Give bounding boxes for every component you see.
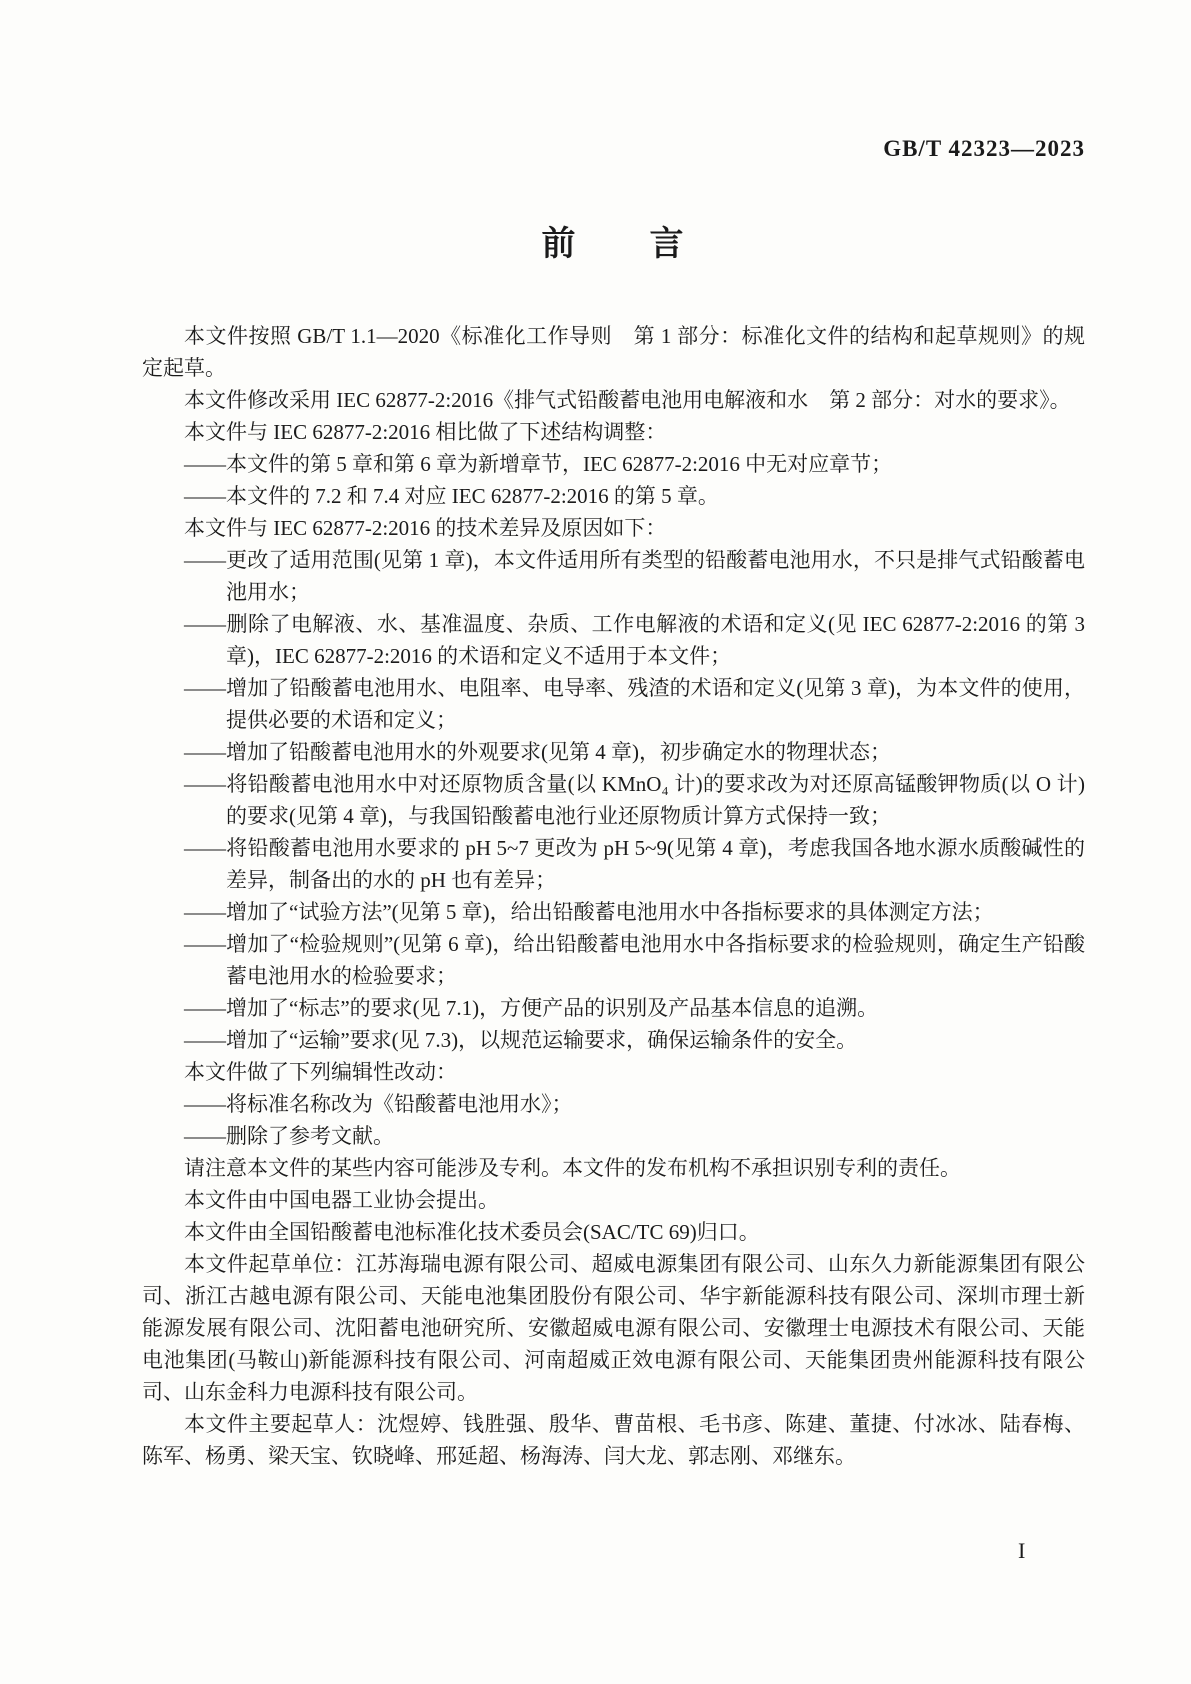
paragraph: 本文件由全国铅酸蓄电池标准化技术委员会(SAC/TC 69)归口。 — [142, 1216, 1085, 1248]
list-item: ——本文件的第 5 章和第 6 章为新增章节，IEC 62877-2:2016 … — [142, 448, 1085, 480]
list-item: ——本文件的 7.2 和 7.4 对应 IEC 62877-2:2016 的第 … — [142, 480, 1085, 512]
list-item: ——更改了适用范围(见第 1 章)，本文件适用所有类型的铅酸蓄电池用水，不只是排… — [142, 544, 1085, 608]
list-item: ——将铅酸蓄电池用水要求的 pH 5~7 更改为 pH 5~9(见第 4 章)，… — [142, 832, 1085, 896]
foreword-body: 本文件按照 GB/T 1.1—2020《标准化工作导则 第 1 部分：标准化文件… — [142, 320, 1085, 1472]
list-item: ——增加了铅酸蓄电池用水、电阻率、电导率、残渣的术语和定义(见第 3 章)，为本… — [142, 672, 1085, 736]
paragraph: 本文件与 IEC 62877-2:2016 相比做了下述结构调整： — [142, 416, 1085, 448]
list-item: ——增加了“运输”要求(见 7.3)，以规范运输要求，确保运输条件的安全。 — [142, 1024, 1085, 1056]
paragraph: 本文件按照 GB/T 1.1—2020《标准化工作导则 第 1 部分：标准化文件… — [142, 320, 1085, 384]
list-item: ——增加了“检验规则”(见第 6 章)，给出铅酸蓄电池用水中各指标要求的检验规则… — [142, 928, 1085, 992]
paragraph: 本文件起草单位：江苏海瑞电源有限公司、超威电源集团有限公司、山东久力新能源集团有… — [142, 1248, 1085, 1408]
page-number: I — [1018, 1538, 1026, 1564]
paragraph: 本文件与 IEC 62877-2:2016 的技术差异及原因如下： — [142, 512, 1085, 544]
paragraph: 本文件由中国电器工业协会提出。 — [142, 1184, 1085, 1216]
list-item: ——增加了“标志”的要求(见 7.1)，方便产品的识别及产品基本信息的追溯。 — [142, 992, 1085, 1024]
list-item: ——删除了电解液、水、基准温度、杂质、工作电解液的术语和定义(见 IEC 628… — [142, 608, 1085, 672]
paragraph: 本文件主要起草人：沈煜婷、钱胜强、殷华、曹苗根、毛书彦、陈建、董捷、付冰冰、陆春… — [142, 1408, 1085, 1472]
paragraph: 本文件做了下列编辑性改动： — [142, 1056, 1085, 1088]
standard-number: GB/T 42323—2023 — [142, 136, 1085, 162]
document-page: GB/T 42323—2023 前 言 本文件按照 GB/T 1.1—2020《… — [0, 0, 1191, 1684]
list-item: ——增加了铅酸蓄电池用水的外观要求(见第 4 章)，初步确定水的物理状态； — [142, 736, 1085, 768]
paragraph: 本文件修改采用 IEC 62877-2:2016《排气式铅酸蓄电池用电解液和水 … — [142, 384, 1085, 416]
list-item: ——将铅酸蓄电池用水中对还原物质含量(以 KMnO₄ 计)的要求改为对还原高锰酸… — [142, 768, 1085, 832]
paragraph: 请注意本文件的某些内容可能涉及专利。本文件的发布机构不承担识别专利的责任。 — [142, 1152, 1085, 1184]
list-item: ——删除了参考文献。 — [142, 1120, 1085, 1152]
list-item: ——增加了“试验方法”(见第 5 章)，给出铅酸蓄电池用水中各指标要求的具体测定… — [142, 896, 1085, 928]
list-item: ——将标准名称改为《铅酸蓄电池用水》； — [142, 1088, 1085, 1120]
page-title: 前 言 — [142, 216, 1085, 265]
